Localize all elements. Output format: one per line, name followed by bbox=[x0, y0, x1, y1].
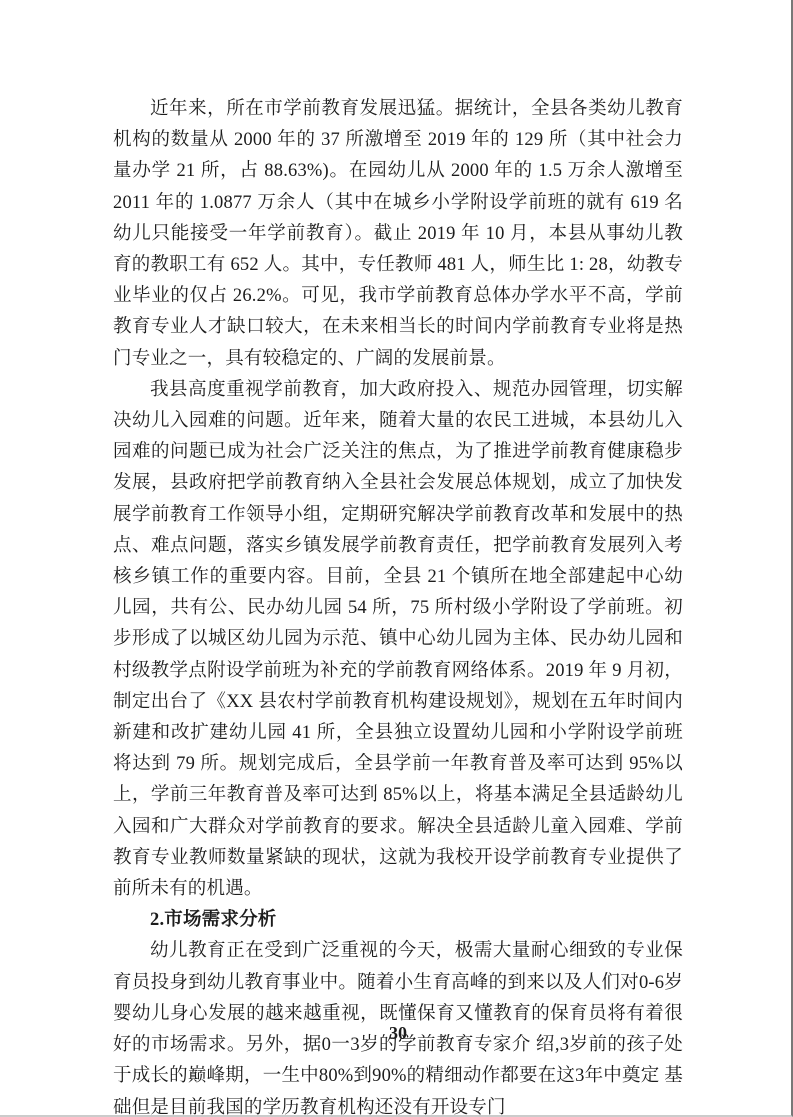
paragraph-preschool-statistics: 近年来，所在市学前教育发展迅猛。据统计，全县各类幼儿教育机构的数量从 2000 … bbox=[113, 94, 683, 375]
document-page: 近年来，所在市学前教育发展迅猛。据统计，全县各类幼儿教育机构的数量从 2000 … bbox=[0, 0, 793, 1117]
document-text-block: 近年来，所在市学前教育发展迅猛。据统计，全县各类幼儿教育机构的数量从 2000 … bbox=[113, 94, 683, 1117]
paragraph-county-planning: 我县高度重视学前教育，加大政府投入、规范办园管理，切实解决幼儿入园难的问题。近年… bbox=[113, 375, 683, 905]
section-heading-market-demand: 2.市场需求分析 bbox=[113, 905, 683, 936]
page-number: 30 bbox=[113, 1022, 683, 1044]
